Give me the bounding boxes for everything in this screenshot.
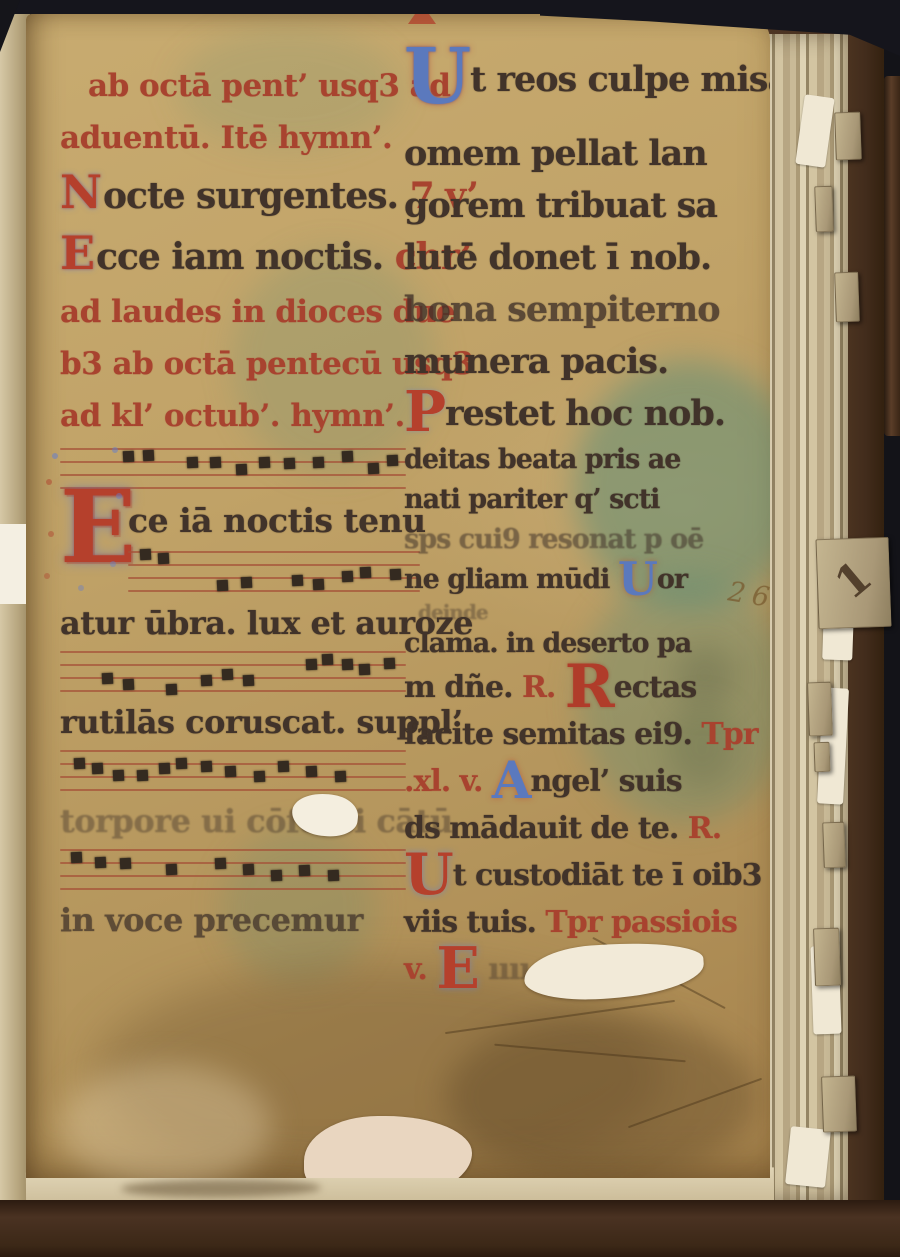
text-run: or [657,564,687,595]
text-run: gorem tribuat sa [404,185,717,226]
neume-note [253,771,265,783]
neume-note [291,574,303,586]
neume-note [176,758,188,770]
neume-note [342,570,354,582]
index-tab [834,272,860,323]
staff-line [60,750,406,752]
text-run: restet hoc nob. [445,393,725,434]
neume-note [299,865,311,877]
text-run: v. [404,952,436,987]
tab-mark: 1 [828,554,880,607]
staff-line [128,564,420,566]
text-line: .xl. v. Angel’ suis [404,758,760,805]
neume-note [384,657,396,669]
staff-line [128,577,420,579]
neume-note [120,858,132,870]
neume-note [241,577,253,589]
neume-note [322,654,334,666]
neume-note [359,664,371,676]
text-line: munera pacis. [404,336,760,388]
text-run: ectas [614,670,697,705]
text-line: Ut reos culpe misat’ [404,44,760,128]
text-line: bona sempiterno [404,284,760,336]
neume-note [142,450,154,462]
hymn-lyric: in voce precemur [60,898,412,942]
index-tab [834,112,862,161]
index-tab [813,928,841,987]
stain [61,1064,271,1178]
hymn-lyric: rutilās coruscat. suppl’ [60,700,412,744]
rubric-line: b3 ab octā pentecū usq3 [60,338,412,390]
neume-note [327,870,339,882]
index-tab [813,742,830,773]
big-initial: E [60,467,128,601]
neume-note [217,580,229,592]
text-run: munera pacis. [404,341,668,382]
neume-note [158,763,170,775]
manuscript-page: ab octā pent’ usq3 ad aduentū. Itē hymn’… [26,14,770,1178]
text-run: ıııı [479,952,530,987]
neume-note [215,858,227,870]
text-line: ne gliam mūdi Uor [404,560,760,600]
text-line: sps cui9 resonat p oē [404,520,760,560]
index-tab [807,682,833,737]
versicle-line: Nocte surgentes. 7 v’. [60,164,412,225]
index-tab [822,822,846,869]
neume-note [137,769,149,781]
text-run: R. [522,670,555,705]
text-line: facite semitas ei9. Tpr [404,711,760,758]
music-staff [60,849,412,890]
illuminated-initial: E [60,226,94,280]
hymn-lyric: atur ūbra. lux et auroze [60,601,412,645]
neume-note [201,760,213,772]
neume-note [201,674,213,686]
neume-note [225,766,237,778]
text-run: facite semitas ei9. [404,717,701,752]
neume-note [165,683,177,695]
music-staff [60,750,412,791]
neume-note [91,763,103,775]
neume-note [387,454,399,466]
text-run: Tpr passiois [545,905,736,940]
neume-note [165,863,177,875]
staff-line [60,875,406,877]
staff-line [60,789,406,791]
neume-note [259,457,271,469]
text-line: Ut custodiāt te ī oib3 [404,852,760,899]
neume-note [102,673,114,685]
text-line: lutē donet ī nob. [404,232,760,284]
text-line: Prestet hoc nob. [404,388,760,440]
text-line: nati pariter q’ scti [404,480,760,520]
text-run: nati pariter q’ scti [404,484,659,515]
illuminated-initial: U [404,32,470,122]
text-run: bona sempiterno [404,289,720,330]
text-run: deitas beata pris ae [404,444,680,475]
text-run: clama. in deserto pa [404,628,691,659]
margin-folio-number: 26 [726,578,770,612]
rubric-line: ad laudes in dioces due [60,286,412,338]
neume-note [243,863,255,875]
neume-note [278,760,290,772]
text-line: ds mādauit de te. R. [404,805,760,852]
staff-line [128,590,420,592]
text-line: m dñe. R. Rectas [404,664,760,711]
staff-line [128,551,420,553]
neume-note [243,674,255,686]
text-run: R. [688,811,721,846]
text-run: deinde [418,600,488,624]
neume-note [312,578,324,590]
staff-line [60,664,406,666]
text-run [555,670,564,705]
index-tab [814,186,834,233]
text-run: t custodiāt te ī oib3 [453,858,762,893]
text-run: cce iam noctis. [96,236,395,278]
text-run: .xl. v. [404,764,492,799]
staff-line [60,888,406,890]
staff-line [60,763,406,765]
music-staff [60,651,412,692]
neume-note [209,456,221,468]
neume-note [157,552,169,564]
neume-note [334,771,346,783]
manuscript-photo: 1 ab octā pent’ usq3 ad aduentū. Itē hym… [0,0,900,1257]
neume-note [95,857,107,869]
staff-line [60,461,406,463]
hymn-opening: E ce iā noctis tenu [60,497,412,601]
rubric-line: ab octā pent’ usq3 ad [60,60,412,112]
neume-note [140,548,152,560]
hymn-lyric: torpore ui cōfessi cātū [60,799,412,843]
left-column: ab octā pent’ usq3 ad aduentū. Itē hymn’… [60,60,412,942]
illuminated-initial: U [404,841,453,908]
illuminated-initial: E [436,935,478,1002]
right-column: Ut reos culpe misat’omem pellat langorem… [404,44,760,993]
edge-smudge [121,1179,321,1198]
text-line: deinde [404,600,760,624]
neume-note [74,758,86,770]
staff-line [60,849,406,851]
neume-note [313,457,325,469]
neume-note [306,659,318,671]
staff-line [60,651,406,653]
rubric-line: ad kl’ octub’. hymn’. [60,390,412,442]
text-run: ne gliam mūdi [404,564,618,595]
neume-note [360,567,372,579]
text-line: deitas beata pris ae [404,440,760,480]
neume-note [341,451,353,463]
text-run: t reos culpe misat’ [470,59,770,100]
illuminated-initial: P [404,379,445,445]
hymn-lyric: ce iā noctis tenu [128,497,426,545]
text-run: m dñe. [404,670,522,705]
index-tab: 1 [815,537,891,629]
neume-note [368,463,380,475]
neume-note [123,451,135,463]
text-run: Tpr [701,717,757,752]
staff-line [60,862,406,864]
index-tab [821,1075,857,1132]
staff-line [60,690,406,692]
music-staff [128,551,426,592]
text-line: omem pellat lan [404,128,760,180]
neume-note [283,458,295,470]
text-line: gorem tribuat sa [404,180,760,232]
text-run: ngel’ suis [531,764,682,799]
illuminated-initial: U [618,552,657,606]
versicle-line: Ecce iam noctis. chr’ [60,225,412,286]
neume-note [70,852,82,864]
text-run: octe surgentes. [103,175,410,217]
illuminated-initial: N [60,165,101,219]
neume-note [222,669,234,681]
binding-leather-bottom [0,1200,900,1257]
text-run: sps cui9 resonat p oē [404,524,703,555]
neume-note [123,678,135,690]
neume-note [113,769,125,781]
neume-note [341,659,353,671]
text-run: lutē donet ī nob. [404,237,711,278]
rubric-line: aduentū. Itē hymn’. [60,112,412,164]
neume-note [186,457,198,469]
staff-line [60,448,406,450]
neume-note [236,464,248,476]
neume-note [271,870,283,882]
neume-note [306,766,318,778]
illuminated-initial: A [492,751,531,811]
text-run: omem pellat lan [404,133,707,174]
neume-note [390,569,402,581]
